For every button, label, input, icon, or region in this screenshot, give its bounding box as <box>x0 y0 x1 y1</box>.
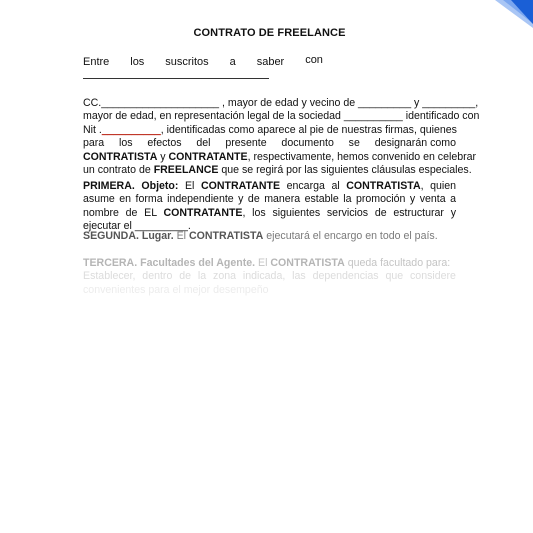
text-span: Nit . <box>83 124 102 136</box>
document-title: CONTRATO DE FREELANCE <box>83 27 456 39</box>
text-word: indicada, <box>243 270 285 283</box>
text-word: la <box>198 270 206 283</box>
text-word: efectos <box>147 137 181 150</box>
intro-word: saber <box>257 56 285 68</box>
text-word: zona <box>213 270 236 283</box>
text-span: que se regirá por las siguientes cláusul… <box>218 164 471 176</box>
text-span: El <box>178 180 201 192</box>
text-span: ejecutará el encargo en todo el país. <box>263 230 437 242</box>
clause-heading: TERCERA. Facultades del Agente. <box>83 257 255 269</box>
intro-word: Entre <box>83 56 109 68</box>
text-span: , identificadas como aparece al pie de n… <box>161 124 457 136</box>
text-word: dentro <box>142 270 172 283</box>
intro-word: los <box>130 56 144 68</box>
text-line: un contrato de FREELANCE que se regirá p… <box>83 164 456 177</box>
text-word: considere <box>410 270 456 283</box>
text-word: presente <box>225 137 266 150</box>
text-word: Establecer, <box>83 270 135 283</box>
text-word: los <box>119 137 133 150</box>
intro-word: con <box>305 54 323 66</box>
intro-word: suscritos <box>165 56 208 68</box>
text-line: para los efectos del presente documento … <box>83 137 456 150</box>
text-line: Nit .__________, identificadas como apar… <box>83 124 456 137</box>
spellcheck-blank: __________ <box>102 124 161 136</box>
text-span: queda facultado para: <box>345 257 450 269</box>
text-span: encarga al <box>280 180 346 192</box>
text-word: del <box>196 137 210 150</box>
text-word: dependencias <box>313 270 379 283</box>
text-line: CONTRATISTA y CONTRATANTE, respectivamen… <box>83 151 456 164</box>
bold-term: FREELANCE <box>154 164 219 176</box>
text-word: documento <box>281 137 333 150</box>
page-corner-fold-icon <box>473 0 533 28</box>
clause-primera: PRIMERA. Objeto: El CONTRATANTE encarga … <box>83 180 456 234</box>
bold-term: CONTRATANTE <box>163 207 242 219</box>
text-word: de <box>179 270 191 283</box>
blank-signature-line <box>83 78 269 79</box>
text-word: para <box>83 137 104 150</box>
text-line: convenientes para el mejor desempeño <box>83 284 456 297</box>
bold-term: CONTRATANTE <box>169 151 248 163</box>
text-line: Establecer, dentro de la zona indicada, … <box>83 270 456 283</box>
intro-word: a <box>230 56 236 68</box>
bold-term: CONTRATANTE <box>201 180 280 192</box>
text-span: El <box>174 230 189 242</box>
clause-segunda: SEGUNDA. Lugar. El CONTRATISTA ejecutará… <box>83 230 456 243</box>
text-word: que <box>385 270 403 283</box>
text-word: designarán como <box>375 137 456 150</box>
clause-heading: PRIMERA. Objeto: <box>83 180 178 192</box>
text-span: un contrato de <box>83 164 154 176</box>
intro-line: Entre los suscritos a saber con <box>83 56 456 68</box>
text-span: y <box>157 151 168 163</box>
bold-term: CONTRATISTA <box>270 257 344 269</box>
text-span: , respectivamente, hemos convenido en ce… <box>248 151 476 163</box>
text-line: TERCERA. Facultades del Agente. El CONTR… <box>83 257 456 270</box>
bold-term: CONTRATISTA <box>83 151 157 163</box>
text-line: mayor de edad, en representación legal d… <box>83 110 456 123</box>
text-word: las <box>292 270 306 283</box>
paragraph-parties: CC.____________________ , mayor de edad … <box>83 97 456 177</box>
clause-tercera: TERCERA. Facultades del Agente. El CONTR… <box>83 257 456 297</box>
bold-term: CONTRATISTA <box>189 230 263 242</box>
clause-heading: SEGUNDA. Lugar. <box>83 230 174 242</box>
text-line: CC.____________________ , mayor de edad … <box>83 97 456 110</box>
text-word: se <box>349 137 360 150</box>
text-span: El <box>255 257 270 269</box>
bold-term: CONTRATISTA <box>346 180 420 192</box>
